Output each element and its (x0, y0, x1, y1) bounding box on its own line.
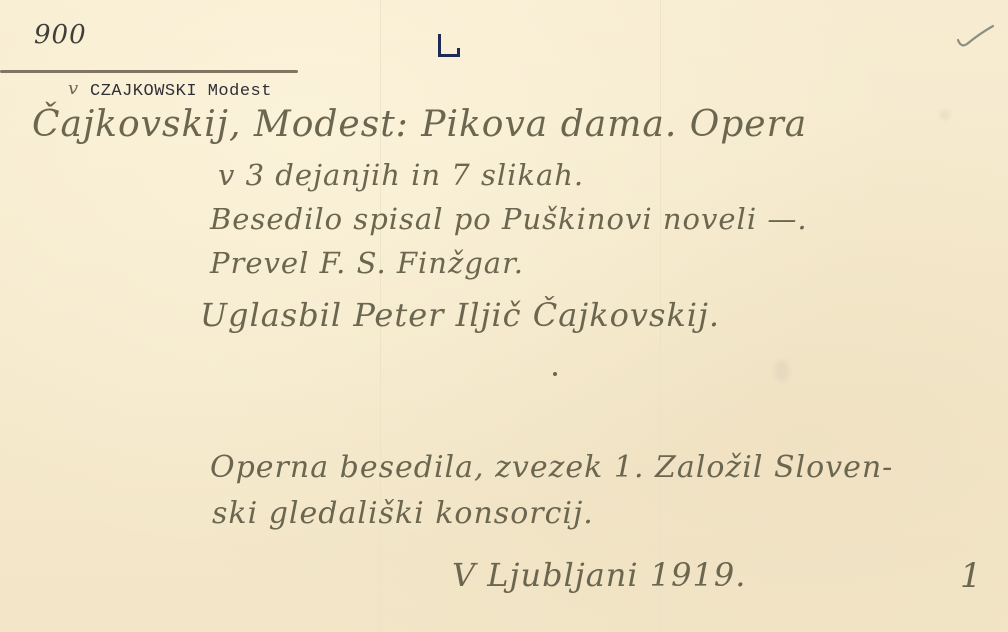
imprint-place-date: V Ljubljani 1919. (452, 556, 746, 594)
series-line-2: ski gledališki konsorcij. (212, 496, 594, 531)
checkmark-icon (955, 20, 995, 50)
ink-dot (553, 372, 557, 376)
header-rule (0, 70, 298, 73)
typed-author-heading: CZAJKOWSKI Modest (90, 82, 272, 101)
location-mark-l (438, 34, 460, 57)
volume-number: 1 (960, 556, 983, 596)
paper-stain (775, 360, 789, 382)
entry-line-title: Čajkovskij, Modest: Pikova dama. Opera (32, 104, 807, 145)
catalog-card: 900 v CZAJKOWSKI Modest Čajkovskij, Mode… (0, 0, 1008, 632)
entry-line-libretto: Besedilo spisal po Puškinovi noveli —. (210, 202, 808, 236)
entry-line-acts: v 3 dejanjih in 7 slikah. (218, 158, 584, 192)
paper-stain (940, 110, 950, 120)
caron-annotation: v (68, 78, 78, 99)
call-number: 900 (34, 20, 87, 50)
entry-line-composer: Uglasbil Peter Iljič Čajkovskij. (200, 296, 720, 334)
series-line-1: Operna besedila, zvezek 1. Založil Slove… (210, 450, 893, 485)
entry-line-translator: Prevel F. S. Finžgar. (210, 246, 524, 280)
